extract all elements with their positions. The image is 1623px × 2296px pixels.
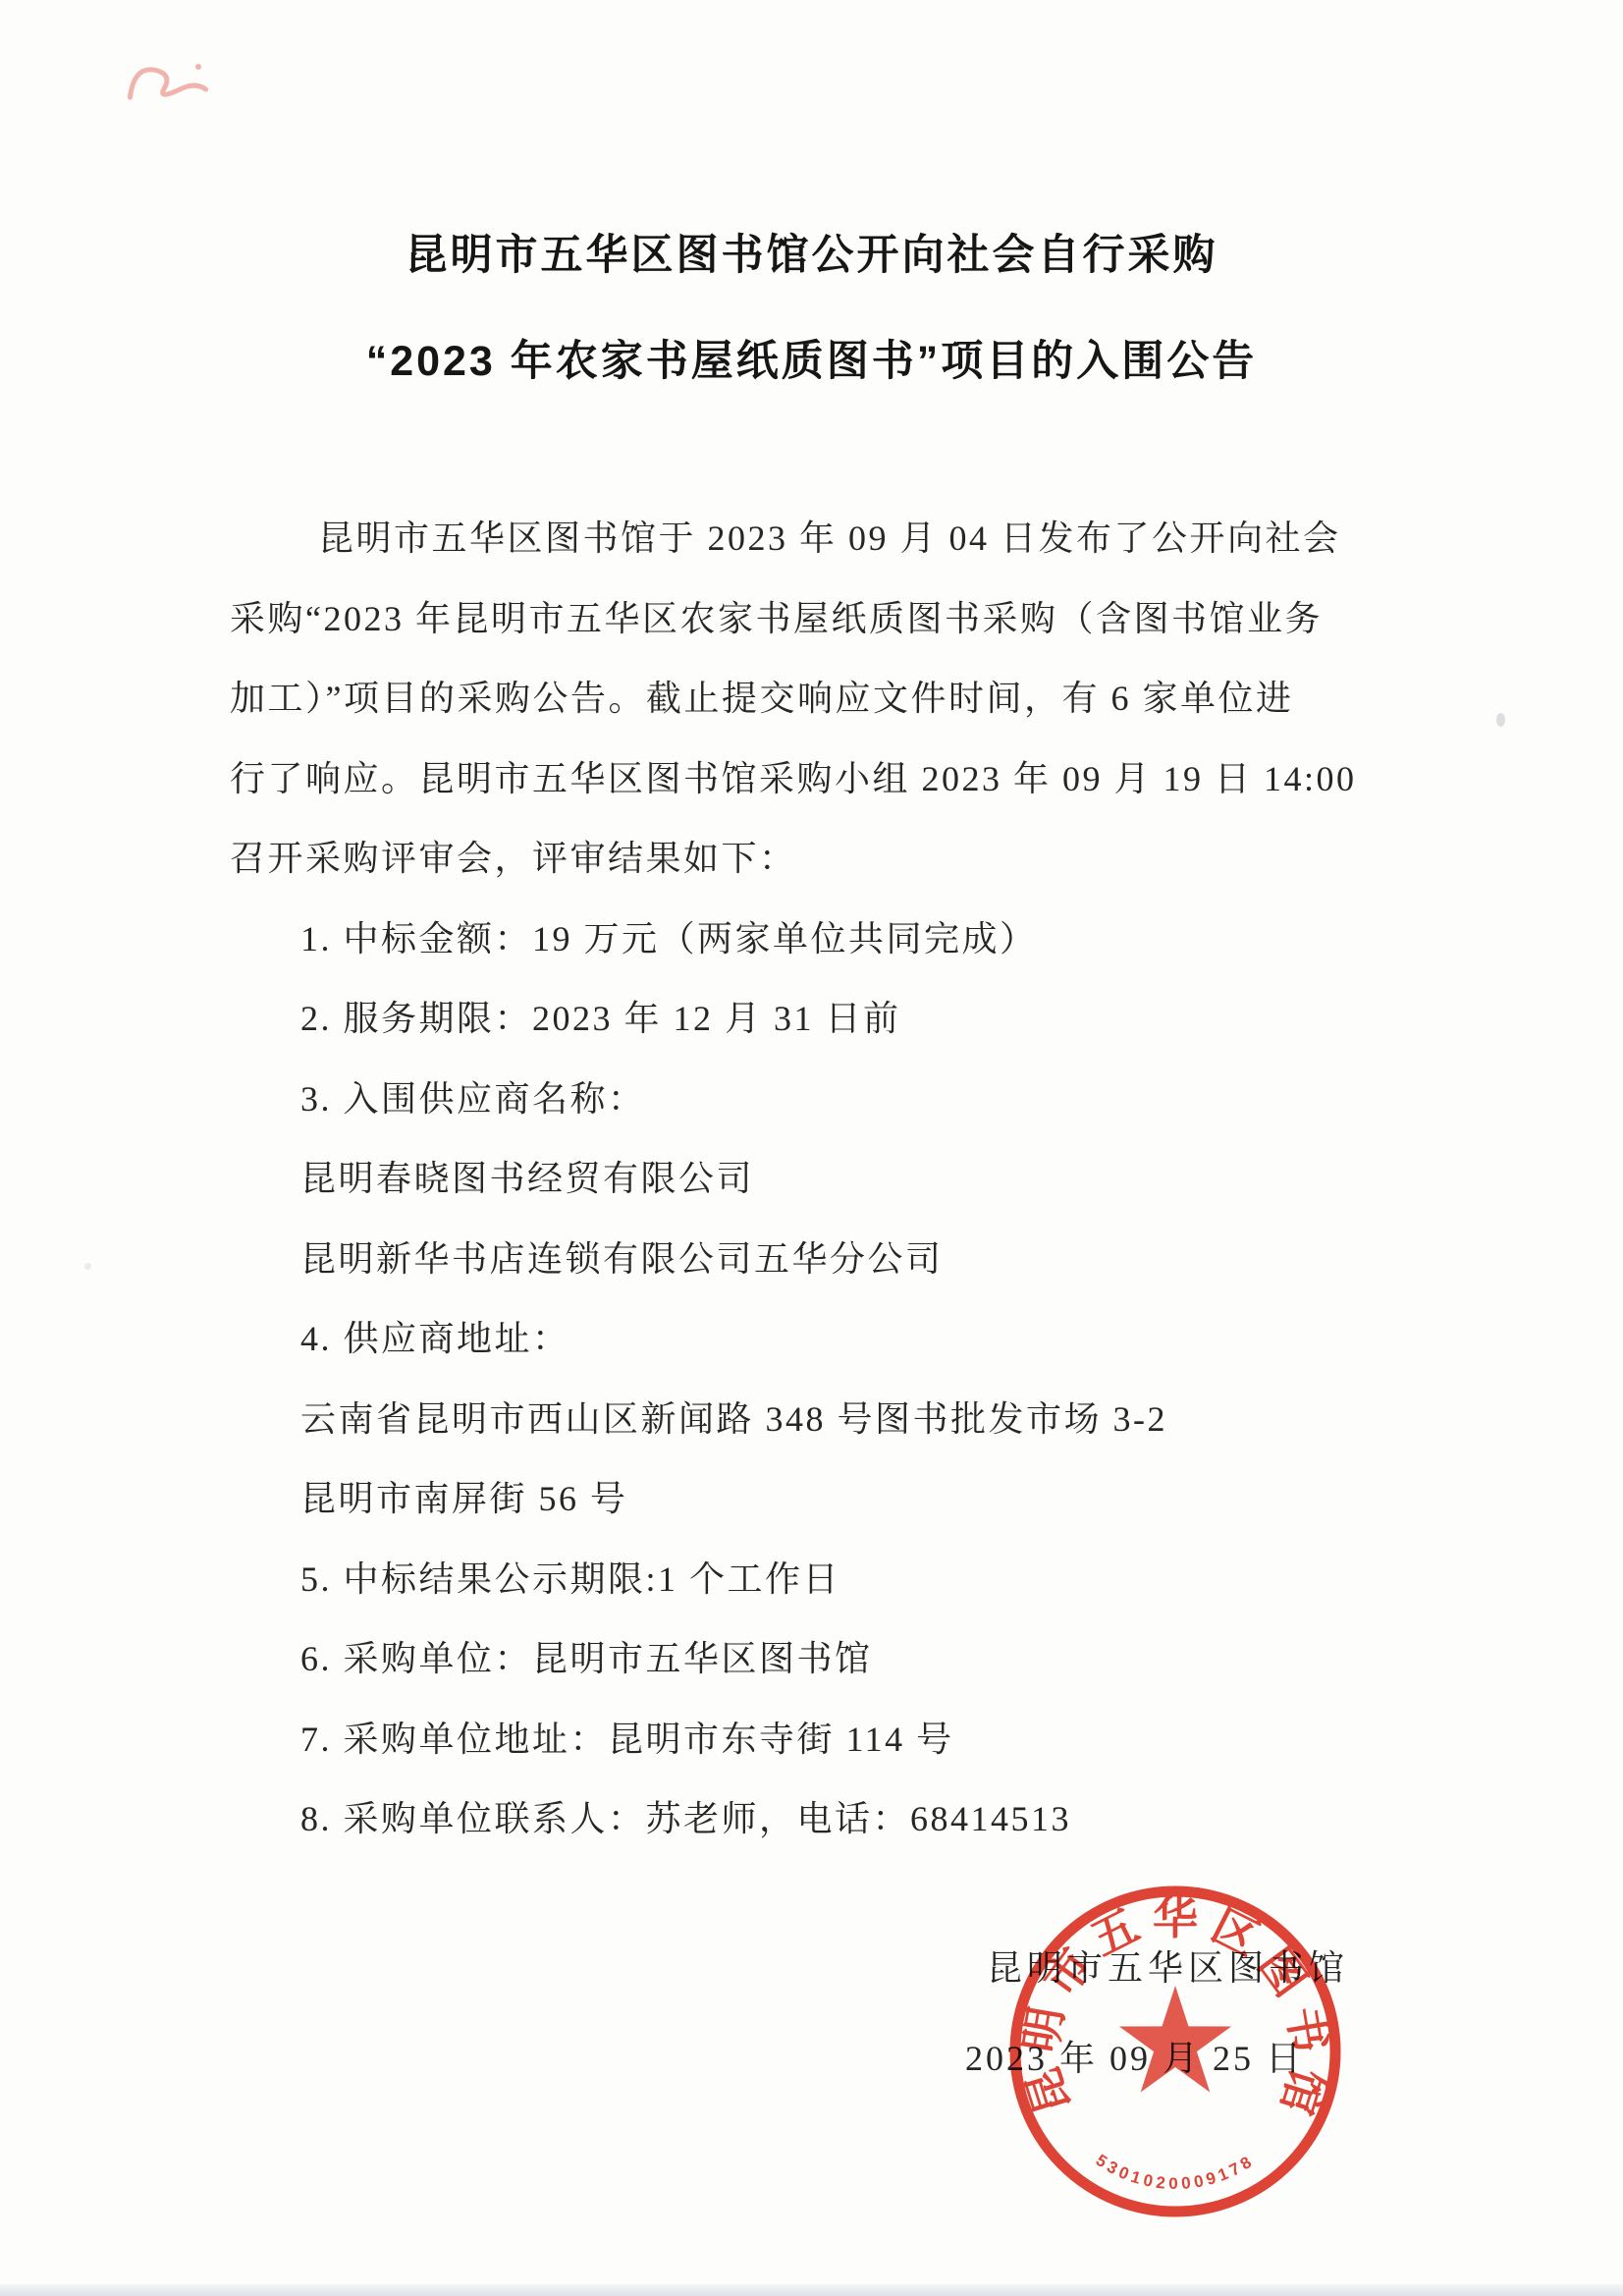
list-item-3: 3. 入围供应商名称： bbox=[230, 1060, 1496, 1140]
paragraph-line: 召开采购评审会，评审结果如下： bbox=[230, 819, 1496, 900]
scan-speck bbox=[84, 1263, 91, 1270]
document-title-line1: 昆明市五华区图书馆公开向社会自行采购 bbox=[0, 222, 1623, 282]
paragraph-line: 采购“2023 年昆明市五华区农家书屋纸质图书采购（含图书馆业务 bbox=[230, 579, 1496, 660]
list-item-1: 1. 中标金额：19 万元（两家单位共同完成） bbox=[230, 900, 1496, 980]
red-ink-smudge bbox=[116, 37, 224, 131]
document-body: 昆明市五华区图书馆于 2023 年 09 月 04 日发布了公开向社会 采购“2… bbox=[230, 499, 1496, 1860]
supplier-name-2: 昆明新华书店连锁有限公司五华分公司 bbox=[230, 1220, 1496, 1300]
list-item-8: 8. 采购单位联系人：苏老师，电话：68414513 bbox=[230, 1779, 1496, 1860]
paragraph-line: 昆明市五华区图书馆于 2023 年 09 月 04 日发布了公开向社会 bbox=[230, 499, 1496, 579]
list-item-7: 7. 采购单位地址：昆明市东寺街 114 号 bbox=[230, 1700, 1496, 1780]
list-item-5: 5. 中标结果公示期限:1 个工作日 bbox=[230, 1540, 1496, 1620]
red-ink-smudge-drawing bbox=[116, 37, 224, 131]
list-item-6: 6. 采购单位：昆明市五华区图书馆 bbox=[230, 1619, 1496, 1700]
scan-speck bbox=[1496, 713, 1505, 727]
supplier-address-2: 昆明市南屏街 56 号 bbox=[230, 1459, 1496, 1540]
list-item-4: 4. 供应商地址： bbox=[230, 1299, 1496, 1380]
scan-edge-shadow bbox=[0, 2284, 1623, 2296]
list-item-2: 2. 服务期限：2023 年 12 月 31 日前 bbox=[230, 979, 1496, 1060]
document-title-line2: “2023 年农家书屋纸质图书”项目的入围公告 bbox=[0, 328, 1623, 388]
official-seal-drawing: 昆明市五华区图书馆 5301020009178 bbox=[994, 1868, 1357, 2231]
paragraph-line: 行了响应。昆明市五华区图书馆采购小组 2023 年 09 月 19 日 14:0… bbox=[230, 739, 1496, 820]
paragraph-line: 加工）”项目的采购公告。截止提交响应文件时间，有 6 家单位进 bbox=[230, 659, 1496, 739]
seal-star-icon bbox=[1119, 1986, 1231, 2093]
scanned-announcement-page: 昆明市五华区图书馆公开向社会自行采购 “2023 年农家书屋纸质图书”项目的入围… bbox=[0, 0, 1623, 2296]
seal-serial-number: 5301020009178 bbox=[1093, 2151, 1259, 2193]
supplier-address-1: 云南省昆明市西山区新闻路 348 号图书批发市场 3-2 bbox=[230, 1380, 1496, 1460]
supplier-name-1: 昆明春晓图书经贸有限公司 bbox=[230, 1139, 1496, 1220]
official-seal: 昆明市五华区图书馆 5301020009178 bbox=[994, 1868, 1357, 2231]
